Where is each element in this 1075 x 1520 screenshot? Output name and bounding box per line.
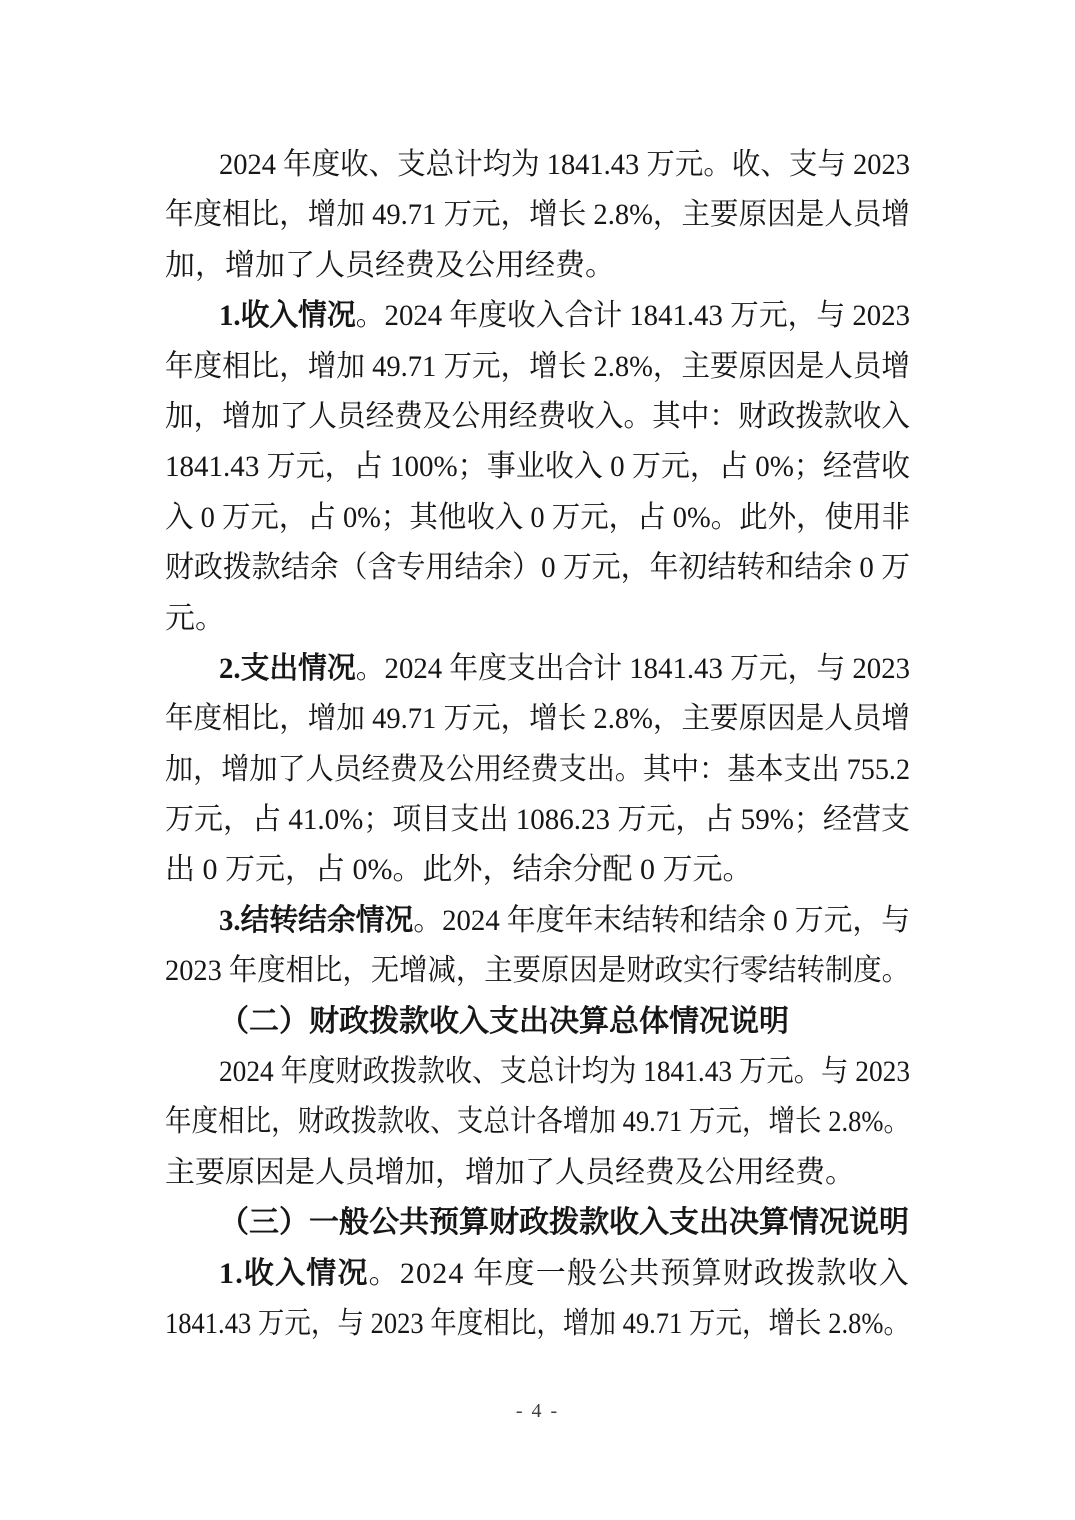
text-run: 2024 年度财政拨款收、支总计均为 1841.43 万元。与 2023 (219, 1055, 910, 1088)
line-text: 元。 (165, 594, 225, 644)
line-text: （三）一般公共预算财政拨款收入支出决算情况说明 (219, 1198, 909, 1248)
text-run: 1841.43 万元，占 100%；事业收入 0 万元，占 0%；经营收 (165, 450, 910, 483)
paragraph-line: 1841.43 万元，与 2023 年度相比，增加 49.71 万元，增长 2.… (165, 1299, 910, 1349)
line-text: 财政拨款结余（含专用结余）0 万元，年初结转和结余 0 万 (165, 543, 910, 593)
paragraph-line: 1.收入情况。2024 年度一般公共预算财政拨款收入 (165, 1249, 910, 1299)
line-text: 年度相比，增加 49.71 万元，增长 2.8%，主要原因是人员增 (165, 190, 910, 240)
paragraph-line: 年度相比，财政拨款收、支总计各增加 49.71 万元，增长 2.8%。 (165, 1097, 910, 1147)
line-text: 1.收入情况。2024 年度一般公共预算财政拨款收入 (219, 1249, 910, 1299)
paragraph-line: 入 0 万元，占 0%；其他收入 0 万元，占 0%。此外，使用非 (165, 493, 910, 543)
paragraph-line: 主要原因是人员增加，增加了人员经费及公用经费。 (165, 1148, 910, 1198)
paragraph-line: 财政拨款结余（含专用结余）0 万元，年初结转和结余 0 万 (165, 543, 910, 593)
paragraph-line: 2024 年度收、支总计均为 1841.43 万元。收、支与 2023 (165, 140, 910, 190)
text-run: 主要原因是人员增加，增加了人员经费及公用经费。 (165, 1156, 855, 1189)
paragraph-line: 元。 (165, 594, 910, 644)
text-run: 年度相比，增加 49.71 万元，增长 2.8%，主要原因是人员增 (165, 198, 910, 231)
bold-run: （三）一般公共预算财政拨款收入支出决算情况说明 (219, 1206, 909, 1239)
bold-run: 1.收入情况 (219, 1257, 369, 1290)
paragraph-line: 2023 年度相比，无增减，主要原因是财政实行零结转制度。 (165, 946, 910, 996)
line-text: 1841.43 万元，占 100%；事业收入 0 万元，占 0%；经营收 (165, 442, 910, 492)
text-run: 。2024 年度支出合计 1841.43 万元，与 2023 (356, 652, 910, 685)
text-run: 加，增加了人员经费及公用经费收入。其中：财政拨款收入 (165, 400, 910, 433)
line-text: 万元，占 41.0%；项目支出 1086.23 万元，占 59%；经营支 (165, 795, 910, 845)
line-text: 2023 年度相比，无增减，主要原因是财政实行零结转制度。 (165, 946, 910, 996)
bold-run: 3.结转结余情况 (219, 904, 413, 937)
text-run: 2023 年度相比，无增减，主要原因是财政实行零结转制度。 (165, 954, 910, 987)
text-run: 加，增加了人员经费及公用经费支出。其中：基本支出 755.2 (165, 753, 910, 786)
paragraph-line: 年度相比，增加 49.71 万元，增长 2.8%，主要原因是人员增 (165, 694, 910, 744)
paragraph-line: 加，增加了人员经费及公用经费支出。其中：基本支出 755.2 (165, 745, 910, 795)
text-run: 加，增加了人员经费及公用经费。 (165, 249, 615, 282)
page-number: - 4 - (0, 1400, 1075, 1423)
line-text: 2.支出情况。2024 年度支出合计 1841.43 万元，与 2023 (219, 644, 910, 694)
paragraph-line: 万元，占 41.0%；项目支出 1086.23 万元，占 59%；经营支 (165, 795, 910, 845)
line-text: 加，增加了人员经费及公用经费支出。其中：基本支出 755.2 (165, 745, 910, 795)
paragraph-line: 加，增加了人员经费及公用经费。 (165, 241, 910, 291)
paragraph-line: 1.收入情况。2024 年度收入合计 1841.43 万元，与 2023 (165, 291, 910, 341)
paragraph-line: 出 0 万元，占 0%。此外，结余分配 0 万元。 (165, 845, 910, 895)
text-run: 年度相比，财政拨款收、支总计各增加 49.71 万元，增长 2.8%。 (165, 1105, 910, 1138)
line-text: 2024 年度收、支总计均为 1841.43 万元。收、支与 2023 (219, 140, 910, 190)
line-text: 2024 年度财政拨款收、支总计均为 1841.43 万元。与 2023 (219, 1047, 910, 1097)
paragraph-line: （二）财政拨款收入支出决算总体情况说明 (165, 997, 910, 1047)
line-text: 入 0 万元，占 0%；其他收入 0 万元，占 0%。此外，使用非 (165, 493, 910, 543)
text-run: 入 0 万元，占 0%；其他收入 0 万元，占 0%。此外，使用非 (165, 501, 910, 534)
text-run: 。2024 年度一般公共预算财政拨款收入 (369, 1257, 910, 1290)
paragraph-line: 3.结转结余情况。2024 年度年末结转和结余 0 万元，与 (165, 896, 910, 946)
text-run: 。2024 年度收入合计 1841.43 万元，与 2023 (356, 299, 910, 332)
paragraph-line: 加，增加了人员经费及公用经费收入。其中：财政拨款收入 (165, 392, 910, 442)
paragraph-line: 年度相比，增加 49.71 万元，增长 2.8%，主要原因是人员增 (165, 190, 910, 240)
line-text: 年度相比，增加 49.71 万元，增长 2.8%，主要原因是人员增 (165, 694, 910, 744)
line-text: 年度相比，增加 49.71 万元，增长 2.8%，主要原因是人员增 (165, 342, 910, 392)
line-text: （二）财政拨款收入支出决算总体情况说明 (219, 997, 789, 1047)
line-text: 加，增加了人员经费及公用经费。 (165, 241, 615, 291)
text-run: 万元，占 41.0%；项目支出 1086.23 万元，占 59%；经营支 (165, 803, 910, 836)
bold-run: 1.收入情况 (219, 299, 356, 332)
line-text: 出 0 万元，占 0%。此外，结余分配 0 万元。 (165, 845, 753, 895)
text-run: 。2024 年度年末结转和结余 0 万元，与 (413, 904, 910, 937)
line-text: 年度相比，财政拨款收、支总计各增加 49.71 万元，增长 2.8%。 (165, 1097, 910, 1147)
text-run: 年度相比，增加 49.71 万元，增长 2.8%，主要原因是人员增 (165, 702, 910, 735)
paragraph-line: 1841.43 万元，占 100%；事业收入 0 万元，占 0%；经营收 (165, 442, 910, 492)
text-run: 元。 (165, 602, 225, 635)
text-run: 年度相比，增加 49.71 万元，增长 2.8%，主要原因是人员增 (165, 350, 910, 383)
paragraph-line: （三）一般公共预算财政拨款收入支出决算情况说明 (165, 1198, 910, 1248)
bold-run: 2.支出情况 (219, 652, 356, 685)
document-body: 2024 年度收、支总计均为 1841.43 万元。收、支与 2023年度相比，… (165, 140, 910, 1349)
paragraph-line: 年度相比，增加 49.71 万元，增长 2.8%，主要原因是人员增 (165, 342, 910, 392)
document-page: 2024 年度收、支总计均为 1841.43 万元。收、支与 2023年度相比，… (0, 0, 1075, 1520)
line-text: 加，增加了人员经费及公用经费收入。其中：财政拨款收入 (165, 392, 910, 442)
line-text: 1841.43 万元，与 2023 年度相比，增加 49.71 万元，增长 2.… (165, 1299, 910, 1349)
text-run: 2024 年度收、支总计均为 1841.43 万元。收、支与 2023 (219, 148, 910, 181)
line-text: 3.结转结余情况。2024 年度年末结转和结余 0 万元，与 (219, 896, 910, 946)
paragraph-line: 2.支出情况。2024 年度支出合计 1841.43 万元，与 2023 (165, 644, 910, 694)
text-run: 出 0 万元，占 0%。此外，结余分配 0 万元。 (165, 853, 753, 886)
bold-run: （二）财政拨款收入支出决算总体情况说明 (219, 1005, 789, 1038)
text-run: 1841.43 万元，与 2023 年度相比，增加 49.71 万元，增长 2.… (165, 1307, 910, 1340)
line-text: 1.收入情况。2024 年度收入合计 1841.43 万元，与 2023 (219, 291, 910, 341)
text-run: 财政拨款结余（含专用结余）0 万元，年初结转和结余 0 万 (165, 551, 910, 584)
line-text: 主要原因是人员增加，增加了人员经费及公用经费。 (165, 1148, 855, 1198)
paragraph-line: 2024 年度财政拨款收、支总计均为 1841.43 万元。与 2023 (165, 1047, 910, 1097)
